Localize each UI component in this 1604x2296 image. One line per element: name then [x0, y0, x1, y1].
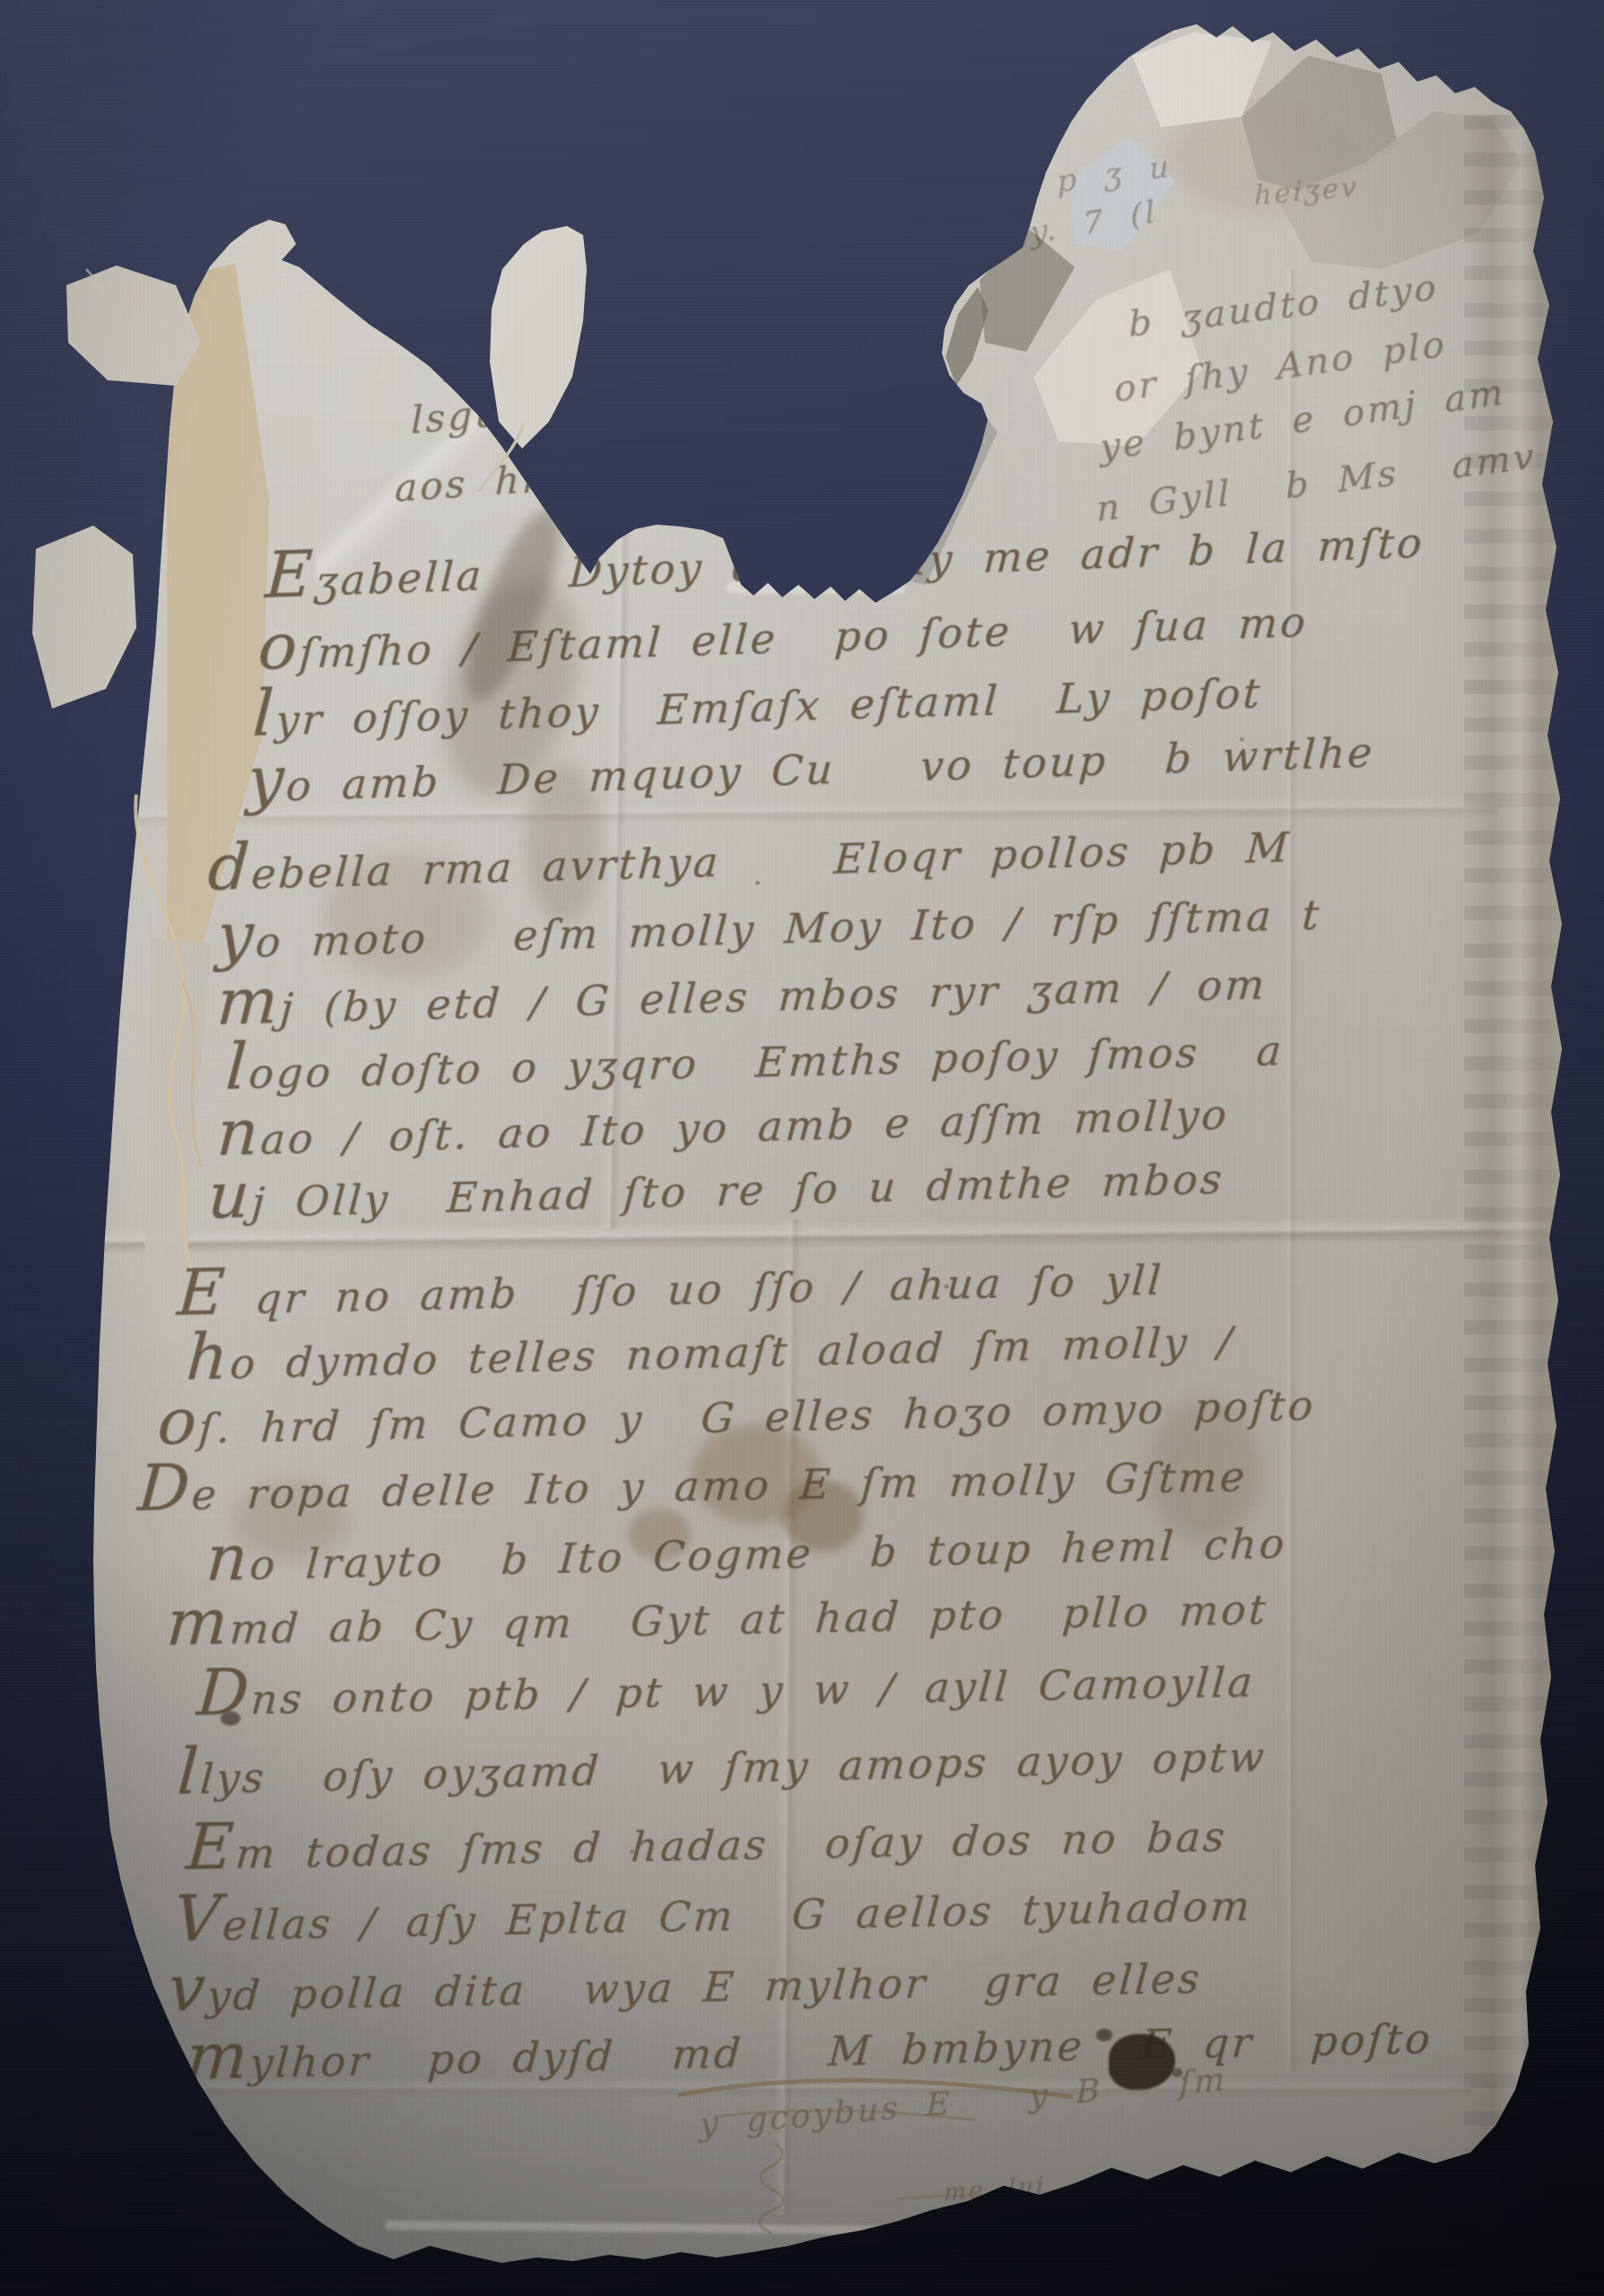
signature-text-line: me lui [944, 2174, 1047, 2205]
fragment-text-line: M [1012, 112, 1042, 142]
fragment-text-line: lsgu yo A [411, 378, 691, 439]
fragment-text-line: aos hrʒe [395, 457, 592, 508]
ink-blot [1096, 2029, 1112, 2041]
ink-blot [1172, 2068, 1182, 2077]
manuscript-page: Mp ʒ uheiʒevuay. 7 (lb ʒaudto dtyoor ſhy… [0, 0, 1604, 2296]
archival-photo: Mp ʒ uheiʒevuay. 7 (lb ʒaudto dtyoor ſhy… [0, 0, 1604, 2296]
fragment-text-line: po ſsk ame [441, 316, 702, 380]
torn-edge-fibres [727, 581, 906, 594]
fragment-text-line: a b [641, 450, 697, 481]
